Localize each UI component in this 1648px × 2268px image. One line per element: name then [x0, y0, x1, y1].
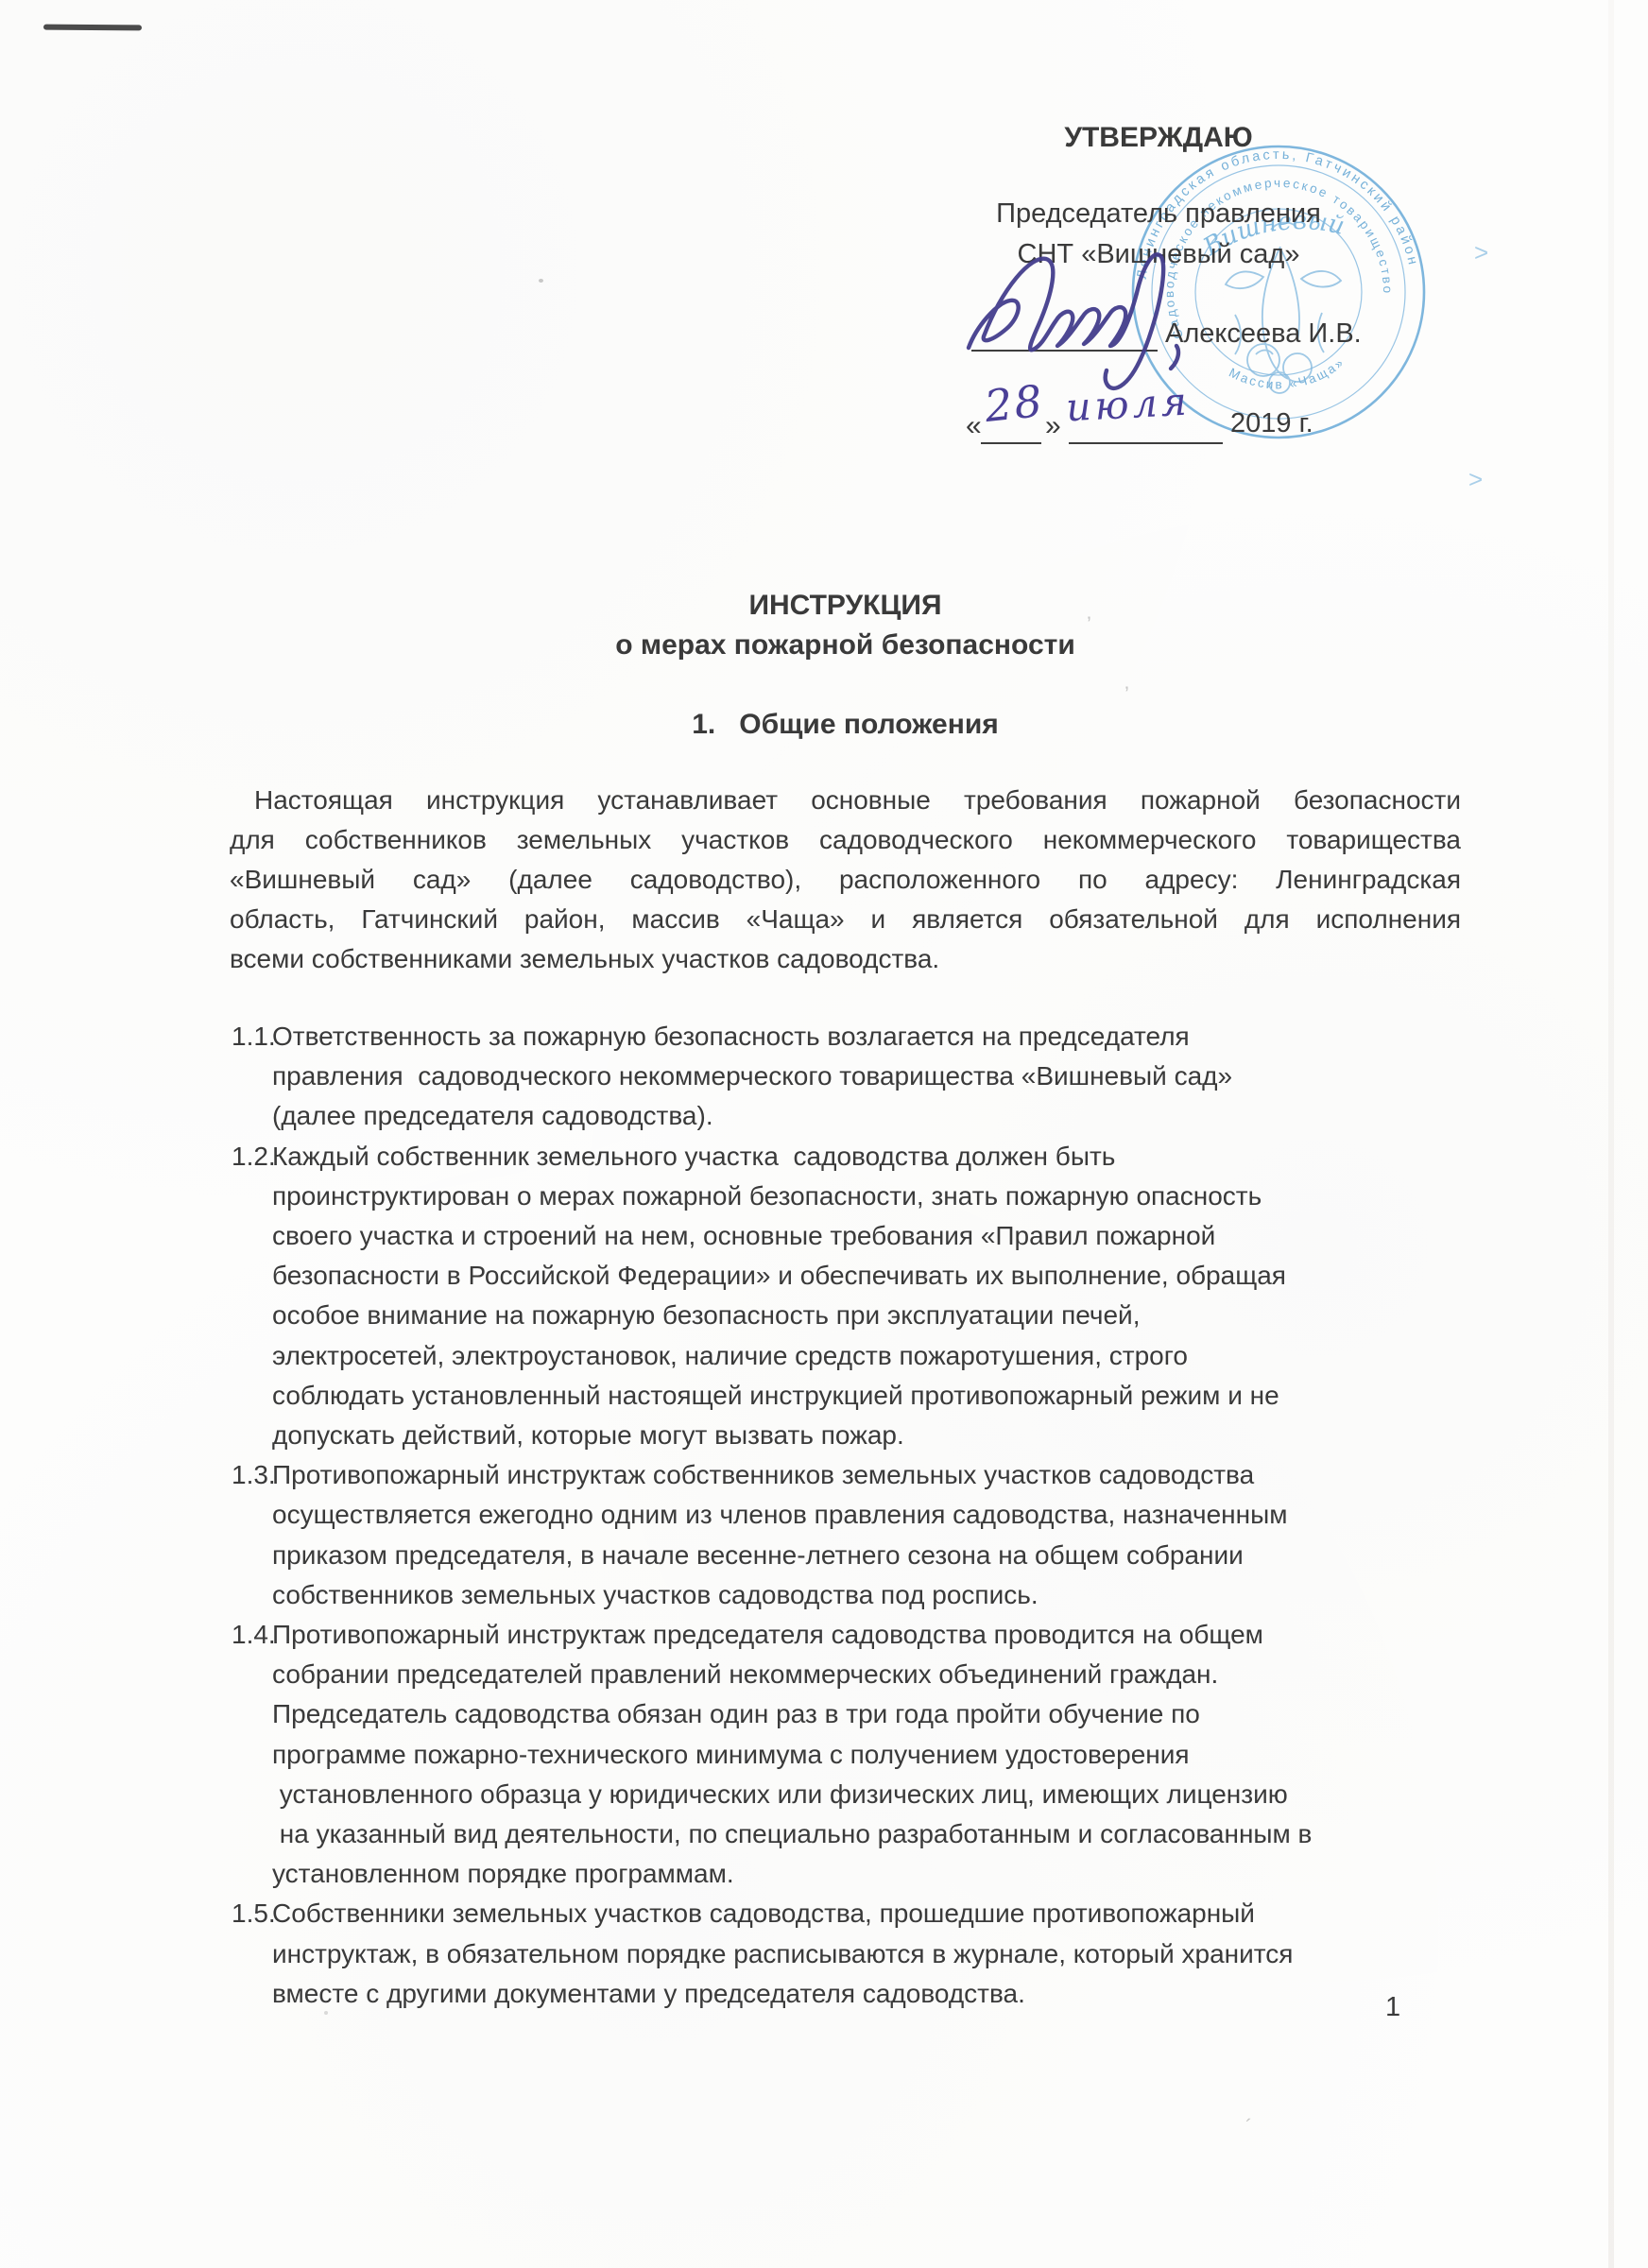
text-line: особое внимание на пожарную безопасность… [272, 1296, 1486, 1335]
item-number: 1.4. [232, 1615, 276, 1655]
scan-speck [539, 279, 543, 283]
text-line: установленного образца у юридических или… [272, 1775, 1486, 1814]
text-line: для собственников земельных участков сад… [230, 820, 1461, 860]
text-line: Настоящая инструкция устанавливает основ… [230, 781, 1461, 820]
item-number: 1.2. [232, 1137, 276, 1177]
item-lines: Противопожарный инструктаж собственников… [272, 1455, 1486, 1615]
item-lines: Каждый собственник земельного участка са… [272, 1137, 1486, 1456]
text-line: собственников земельных участков садовод… [272, 1575, 1486, 1615]
text-line: безопасности в Российской Федерации» и о… [272, 1256, 1486, 1296]
list-item: 1.1. Ответственность за пожарную безопас… [230, 1017, 1486, 1137]
list-item: 1.5. Собственники земельных участков сад… [230, 1894, 1486, 2014]
scan-speck: ’ [1124, 682, 1129, 707]
text-line: правления садоводческого некоммерческого… [272, 1057, 1486, 1096]
date-year: 2019 г. [1230, 408, 1313, 439]
text-line: Противопожарный инструктаж собственников… [272, 1455, 1486, 1495]
scan-speck: ´ [1245, 2115, 1252, 2139]
page-number: 1 [1385, 1992, 1400, 2023]
text-line: приказом председателя, в начале весенне-… [272, 1536, 1486, 1575]
title-line2: о мерах пожарной безопасности [230, 626, 1461, 665]
approver-position-line1: Председатель правления [964, 195, 1353, 232]
title-line1: ИНСТРУКЦИЯ [230, 586, 1461, 626]
numbered-list: 1.1. Ответственность за пожарную безопас… [230, 1017, 1486, 2014]
list-item: 1.4. Противопожарный инструктаж председа… [230, 1615, 1486, 1894]
stamp-smudge: > [1474, 238, 1488, 267]
document-title: ИНСТРУКЦИЯ о мерах пожарной безопасности [230, 586, 1461, 665]
list-item: 1.2. Каждый собственник земельного участ… [230, 1137, 1486, 1456]
stamp-smudge: > [1468, 465, 1483, 494]
text-line: проинструктирован о мерах пожарной безоп… [272, 1177, 1486, 1216]
text-line: установленном порядке программам. [272, 1854, 1486, 1894]
scan-edge-streak [1608, 0, 1614, 2268]
day-underline [981, 442, 1041, 444]
text-line: соблюдать установленный настоящей инстру… [272, 1376, 1486, 1416]
item-number: 1.3. [232, 1455, 276, 1495]
text-line: Противопожарный инструктаж председателя … [272, 1615, 1486, 1655]
intro-paragraph: Настоящая инструкция устанавливает основ… [230, 781, 1461, 979]
text-line: инструктаж, в обязательном порядке распи… [272, 1934, 1486, 1974]
date-open-quote: « [966, 410, 982, 442]
text-line: своего участка и строений на нем, основн… [272, 1216, 1486, 1256]
item-number: 1.5. [232, 1894, 276, 1933]
scanned-document-page: ’ ’ ´ > > [0, 0, 1648, 2268]
text-line: «Вишневый сад» (далее садоводство), расп… [230, 860, 1461, 900]
text-line: Каждый собственник земельного участка са… [272, 1137, 1486, 1177]
section-heading: 1. Общие положения [230, 705, 1461, 745]
text-line: Ответственность за пожарную безопасность… [272, 1017, 1486, 1057]
text-line: всеми собственниками земельных участков … [230, 939, 1461, 979]
text-line: Председатель садоводства обязан один раз… [272, 1694, 1486, 1734]
approve-label: УТВЕРЖДАЮ [964, 119, 1353, 157]
list-item: 1.3. Противопожарный инструктаж собствен… [230, 1455, 1486, 1615]
text-line: на указанный вид деятельности, по специа… [272, 1814, 1486, 1854]
text-line: собрании председателей правлений некомме… [272, 1655, 1486, 1694]
signature-scrawl [940, 234, 1205, 414]
month-underline [1069, 442, 1223, 444]
stamp-bottom-arc-text: Массив «Чаща» [1227, 354, 1348, 391]
item-lines: Противопожарный инструктаж председателя … [272, 1615, 1486, 1894]
date-close-quote: » [1045, 410, 1061, 442]
text-line: (далее председателя садоводства). [272, 1096, 1486, 1136]
item-lines: Собственники земельных участков садоводс… [272, 1894, 1486, 2014]
item-number: 1.1. [232, 1017, 276, 1057]
text-line: вместе с другими документами у председат… [272, 1974, 1486, 2014]
text-line: электросетей, электроустановок, наличие … [272, 1336, 1486, 1376]
text-line: Собственники земельных участков садоводс… [272, 1894, 1486, 1933]
text-line: допускать действий, которые могут вызват… [272, 1416, 1486, 1455]
scan-artifact-line [43, 25, 142, 31]
item-lines: Ответственность за пожарную безопасность… [272, 1017, 1486, 1137]
text-line: область, Гатчинский район, массив «Чаща»… [230, 900, 1461, 939]
text-line: осуществляется ежегодно одним из членов … [272, 1495, 1486, 1535]
text-line: программе пожарно-технического минимума … [272, 1735, 1486, 1775]
